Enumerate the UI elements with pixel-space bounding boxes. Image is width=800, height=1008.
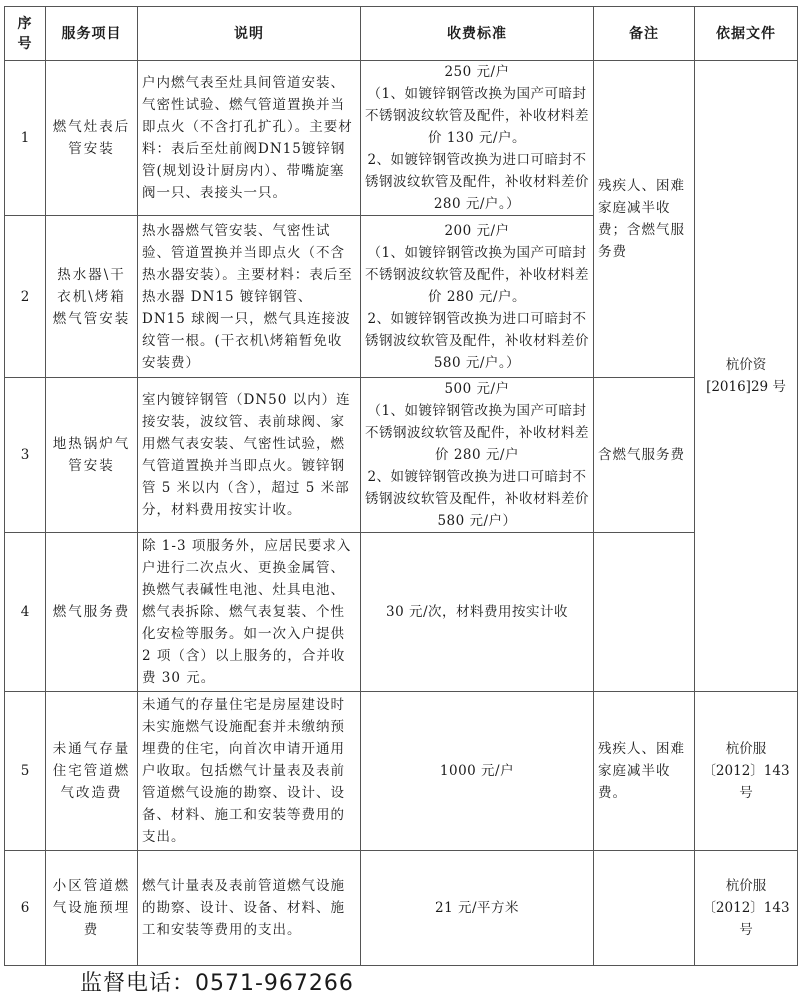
fee-schedule-table: 序 号 服务项目 说明 收费标准 备注 依据文件 1 燃气灶表后管安装 户内燃气…: [4, 6, 798, 966]
row-basis: 杭价服〔2012〕143号: [695, 692, 798, 851]
row-description: 除 1-3 项服务外，应居民要求入户进行二次点火、更换金属管、换燃气表碱性电池、…: [138, 533, 361, 692]
table-row: 3 地热锅炉气管安装 室内镀锌钢管（DN50 以内）连接安装，波纹管、表前球阀、…: [5, 378, 798, 533]
row-remarks: [594, 851, 695, 966]
row-fee: 200 元/户 （1、如镀锌钢管改换为国产可暗封不锈钢波纹软管及配件，补收材料差…: [361, 216, 594, 378]
row-remarks: 含燃气服务费: [594, 378, 695, 533]
row-service: 未通气存量住宅管道燃气改造费: [46, 692, 138, 851]
row-service: 燃气服务费: [46, 533, 138, 692]
row-remarks: 残疾人、困难家庭减半收费。: [594, 692, 695, 851]
row-fee: 30 元/次，材料费用按实计收: [361, 533, 594, 692]
header-basis: 依据文件: [695, 7, 798, 61]
row-index: 5: [5, 692, 46, 851]
row-index: 3: [5, 378, 46, 533]
row-service: 燃气灶表后管安装: [46, 61, 138, 216]
row-basis-merged: 杭价资 [2016]29 号: [695, 61, 798, 692]
row-fee: 21 元/平方米: [361, 851, 594, 966]
table-row: 6 小区管道燃气设施预埋费 燃气计量表及表前管道燃气设施的勘察、设计、设备、材料…: [5, 851, 798, 966]
header-index: 序 号: [5, 7, 46, 61]
row-fee: 1000 元/户: [361, 692, 594, 851]
row-fee: 500 元/户 （1、如镀锌钢管改换为国产可暗封不锈钢波纹软管及配件，补收材料差…: [361, 378, 594, 533]
row-remarks-merged: 残疾人、困难家庭减半收费；含燃气服务费: [594, 61, 695, 378]
header-fee: 收费标准: [361, 7, 594, 61]
table-row: 1 燃气灶表后管安装 户内燃气表至灶具间管道安装、气密性试验、燃气管道置换并当即…: [5, 61, 798, 216]
row-remarks: [594, 533, 695, 692]
header-service: 服务项目: [46, 7, 138, 61]
row-service: 热水器\干衣机\烤箱燃气管安装: [46, 216, 138, 378]
header-description: 说明: [138, 7, 361, 61]
table-row: 5 未通气存量住宅管道燃气改造费 未通气的存量住宅是房屋建设时未实施燃气设施配套…: [5, 692, 798, 851]
row-service: 小区管道燃气设施预埋费: [46, 851, 138, 966]
row-index: 6: [5, 851, 46, 966]
header-remarks: 备注: [594, 7, 695, 61]
row-description: 燃气计量表及表前管道燃气设施的勘察、设计、设备、材料、施工和安装等费用的支出。: [138, 851, 361, 966]
row-basis: 杭价服〔2012〕143号: [695, 851, 798, 966]
row-service: 地热锅炉气管安装: [46, 378, 138, 533]
supervision-hotline: 监督电话：0571-967266: [80, 966, 354, 997]
table-row: 4 燃气服务费 除 1-3 项服务外，应居民要求入户进行二次点火、更换金属管、换…: [5, 533, 798, 692]
row-index: 1: [5, 61, 46, 216]
row-index: 2: [5, 216, 46, 378]
row-description: 热水器燃气管安装、气密性试验、管道置换并当即点火（不含热水器安装）。主要材料：表…: [138, 216, 361, 378]
table-header-row: 序 号 服务项目 说明 收费标准 备注 依据文件: [5, 7, 798, 61]
row-description: 室内镀锌钢管（DN50 以内）连接安装，波纹管、表前球阀、家用燃气表安装、气密性…: [138, 378, 361, 533]
row-index: 4: [5, 533, 46, 692]
row-fee: 250 元/户 （1、如镀锌钢管改换为国产可暗封不锈钢波纹软管及配件，补收材料差…: [361, 61, 594, 216]
row-description: 未通气的存量住宅是房屋建设时未实施燃气设施配套并未缴纳预埋费的住宅，向首次申请开…: [138, 692, 361, 851]
row-description: 户内燃气表至灶具间管道安装、气密性试验、燃气管道置换并当即点火（不含打孔扩孔）。…: [138, 61, 361, 216]
